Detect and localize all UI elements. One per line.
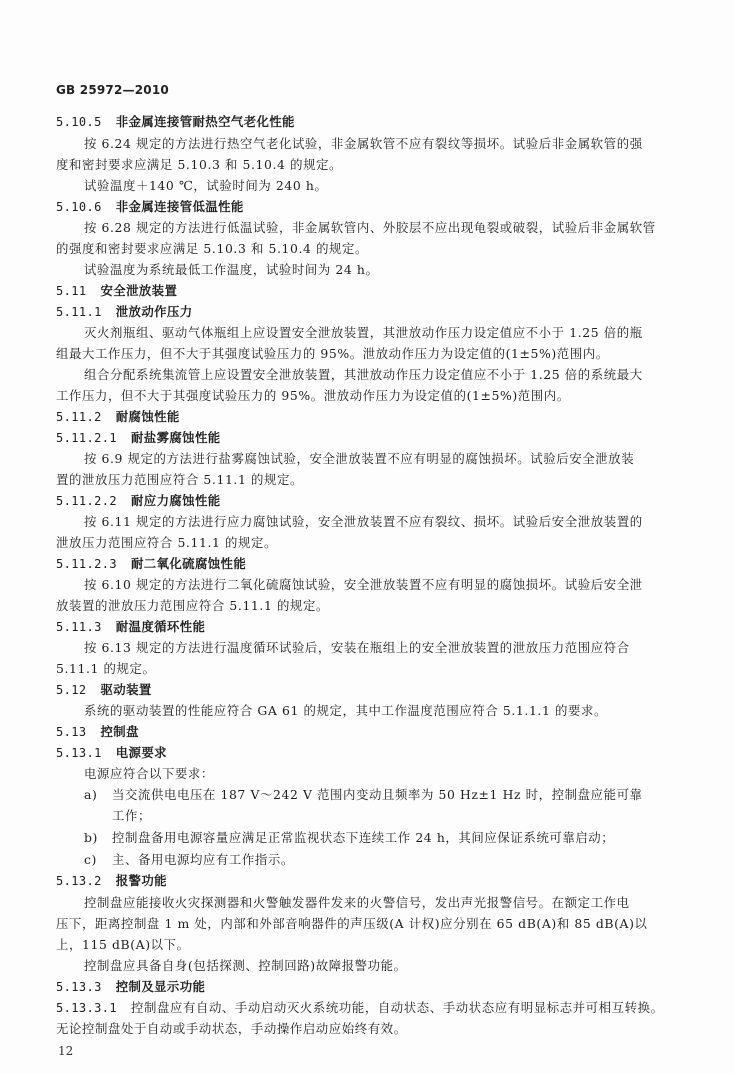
section-heading: 5.11.2.1耐盐雾腐蚀性能 bbox=[56, 430, 666, 446]
paragraph-line: 上，115 dB(A)以下。 bbox=[56, 937, 666, 953]
paragraph-line: 按 6.10 规定的方法进行二氧化硫腐蚀试验，安全泄放装置不应有明显的腐蚀损坏。… bbox=[84, 577, 666, 593]
paragraph-line: 5.13.3.1控制盘应有自动、手动启动灭火系统功能，自动状态、手动状态应有明显… bbox=[56, 1000, 666, 1016]
page-number: 12 bbox=[58, 1044, 73, 1058]
section-heading: 5.10.6非金属连接管低温性能 bbox=[56, 199, 666, 215]
section-heading: 5.11.1泄放动作压力 bbox=[56, 304, 666, 320]
section-heading: 5.13.2报警功能 bbox=[56, 873, 666, 889]
paragraph-line: 压下，距离控制盘 1 m 处，内部和外部音响器件的声压级(A 计权)应分别在 6… bbox=[56, 916, 666, 932]
list-item: c)主、备用电源均应有工作指示。 bbox=[84, 852, 694, 868]
section-heading: 5.11安全泄放装置 bbox=[56, 283, 666, 299]
standard-id: GB 25972—2010 bbox=[56, 83, 169, 97]
list-item-continuation: 工作； bbox=[112, 808, 722, 824]
paragraph-line: 按 6.9 规定的方法进行盐雾腐蚀试验，安全泄放装置不应有明显的腐蚀损坏。试验后… bbox=[84, 451, 666, 467]
paragraph-line: 度和密封要求应满足 5.10.3 和 5.10.4 的规定。 bbox=[56, 157, 666, 173]
paragraph-line: 组最大工作压力，但不大于其强度试验压力的 95%。泄放动作压力为设定值的(1±5… bbox=[56, 346, 666, 362]
section-heading: 5.11.2.2耐应力腐蚀性能 bbox=[56, 493, 666, 509]
paragraph-line: 无论控制盘处于自动或手动状态，手动操作启动应始终有效。 bbox=[56, 1021, 666, 1037]
paragraph-line: 灭火剂瓶组、驱动气体瓶组上应设置安全泄放装置，其泄放动作压力设定值应不小于 1.… bbox=[84, 325, 666, 341]
list-item: b)控制盘备用电源容量应满足正常监视状态下连续工作 24 h，其间应保证系统可靠… bbox=[84, 830, 694, 846]
paragraph-line: 控制盘应具备自身(包括探测、控制回路)故障报警功能。 bbox=[84, 958, 666, 974]
paragraph-line: 电源应符合以下要求： bbox=[84, 766, 666, 782]
paragraph-line: 系统的驱动装置的性能应符合 GA 61 的规定，其中工作温度范围应符合 5.1.… bbox=[84, 703, 666, 719]
section-heading: 5.10.5非金属连接管耐热空气老化性能 bbox=[56, 114, 666, 130]
paragraph-line: 试验温度＋140 ℃，试验时间为 240 h。 bbox=[84, 178, 666, 194]
paragraph-line: 按 6.28 规定的方法进行低温试验，非金属软管内、外胶层不应出现龟裂或破裂，试… bbox=[84, 220, 666, 236]
section-heading: 5.12驱动装置 bbox=[56, 682, 666, 698]
paragraph-line: 按 6.13 规定的方法进行温度循环试验后，安装在瓶组上的安全泄放装置的泄放压力… bbox=[84, 640, 666, 656]
list-item: a)当交流供电电压在 187 V～242 V 范围内变动且频率为 50 Hz±1… bbox=[84, 787, 694, 803]
paragraph-line: 泄放压力范围应符合 5.11.1 的规定。 bbox=[56, 535, 666, 551]
section-heading: 5.13控制盘 bbox=[56, 724, 666, 740]
paragraph-line: 组合分配系统集流管上应设置安全泄放装置，其泄放动作压力设定值应不小于 1.25 … bbox=[84, 367, 666, 383]
paragraph-line: 控制盘应能接收火灾探测器和火警触发器件发来的火警信号，发出声光报警信号。在额定工… bbox=[84, 895, 666, 911]
paragraph-line: 放装置的泄放压力范围应符合 5.11.1 的规定。 bbox=[56, 598, 666, 614]
paragraph-line: 5.11.1 的规定。 bbox=[56, 661, 666, 677]
section-heading: 5.13.1电源要求 bbox=[56, 745, 666, 761]
paragraph-line: 的强度和密封要求应满足 5.10.3 和 5.10.4 的规定。 bbox=[56, 241, 666, 257]
paragraph-line: 置的泄放压力范围应符合 5.11.1 的规定。 bbox=[56, 472, 666, 488]
paragraph-line: 按 6.11 规定的方法进行应力腐蚀试验，安全泄放装置不应有裂纹、损坏。试验后安… bbox=[84, 514, 666, 530]
section-heading: 5.13.3控制及显示功能 bbox=[56, 979, 666, 995]
paragraph-line: 工作压力，但不大于其强度试验压力的 95%。泄放动作压力为设定值的(1±5%)范… bbox=[56, 388, 666, 404]
section-heading: 5.11.3耐温度循环性能 bbox=[56, 619, 666, 635]
paragraph-line: 按 6.24 规定的方法进行热空气老化试验，非金属软管不应有裂纹等损坏。试验后非… bbox=[84, 136, 666, 152]
document-page: GB 25972—2010 5.10.5非金属连接管耐热空气老化性能 按 6.2… bbox=[0, 0, 734, 1074]
section-heading: 5.11.2耐腐蚀性能 bbox=[56, 409, 666, 425]
section-heading: 5.11.2.3耐二氧化硫腐蚀性能 bbox=[56, 556, 666, 572]
paragraph-line: 试验温度为系统最低工作温度，试验时间为 24 h。 bbox=[84, 262, 666, 278]
